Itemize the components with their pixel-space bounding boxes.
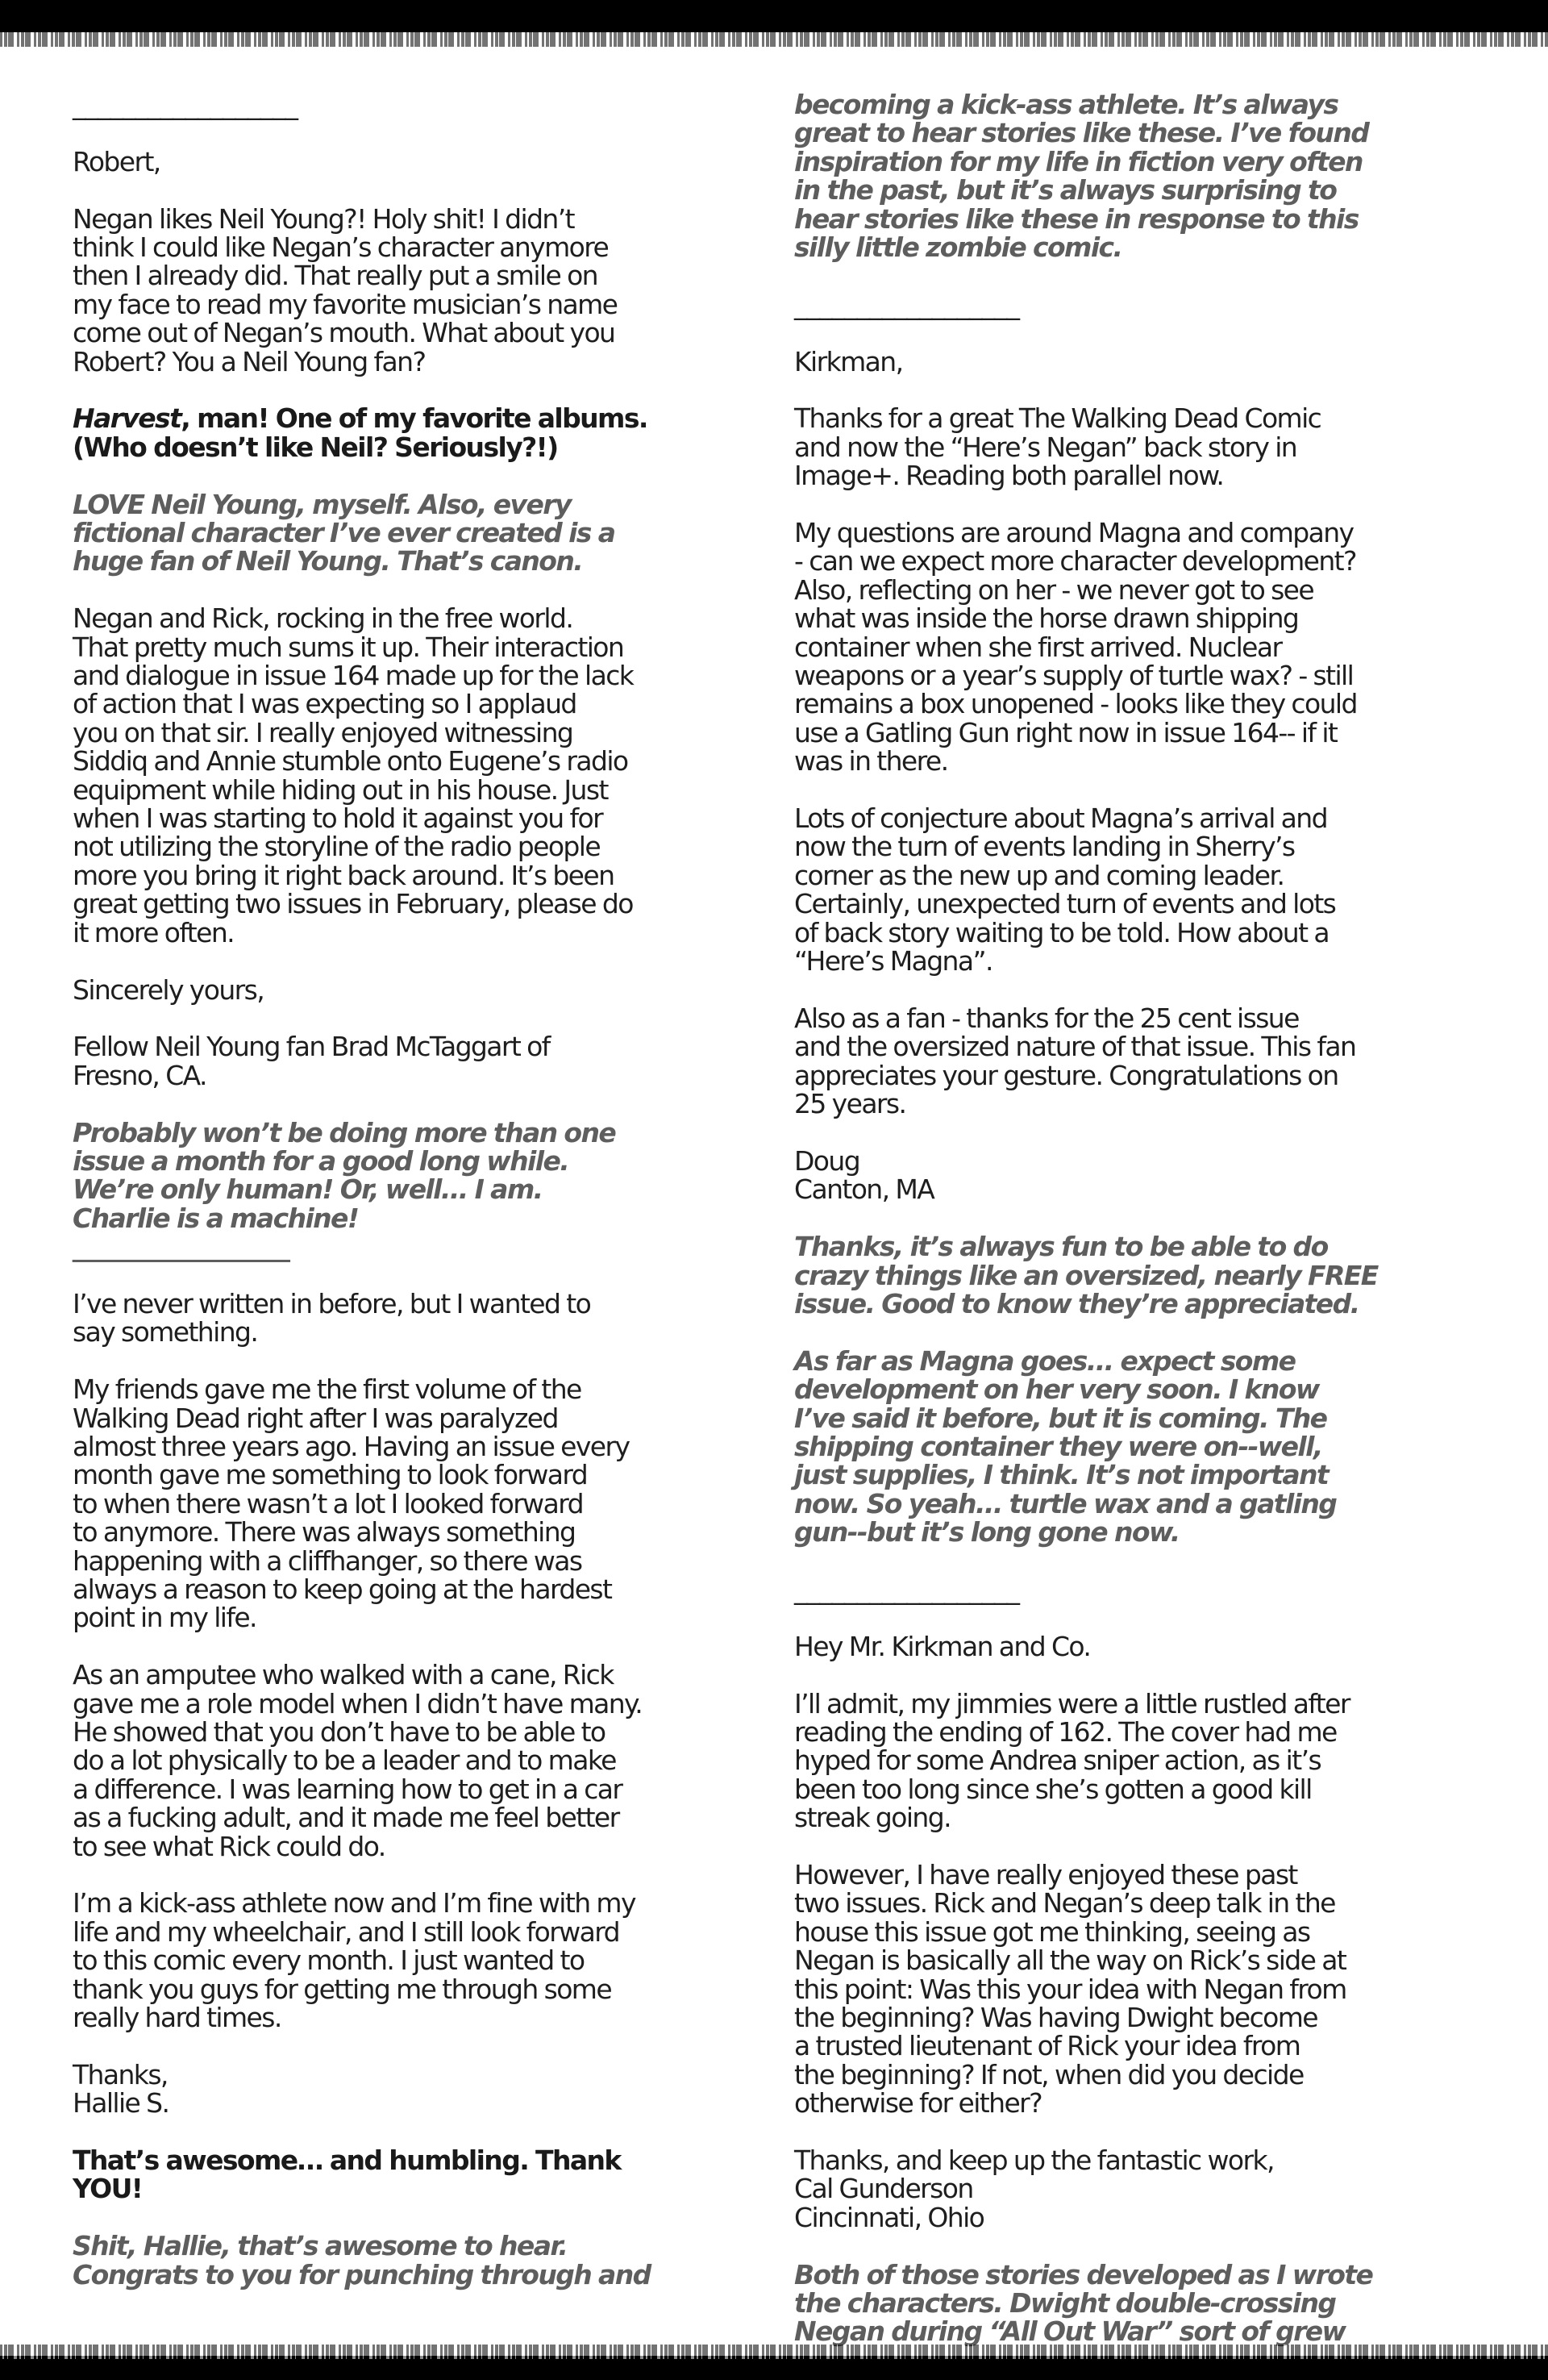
letter-signature: Thanks, Hallie S. (73, 2061, 750, 2118)
album-title: Harvest (73, 402, 181, 434)
editor-reply: Shit, Hallie, that’s awesome to hear. Co… (73, 2232, 750, 2289)
letter-signature: Thanks, and keep up the fantastic work, … (794, 2146, 1471, 2232)
letter-divider: __________________ (794, 1575, 1471, 1603)
editor-reply: Probably won’t be doing more than one is… (73, 1119, 750, 1261)
letter-paragraph: Lots of conjecture about Magna’s arrival… (794, 804, 1471, 975)
letter-closing: Sincerely yours, (73, 976, 750, 1004)
torn-bottom-border (0, 2356, 1548, 2380)
letter-divider: __________________ (794, 290, 1471, 319)
letter-paragraph: My friends gave me the first volume of t… (73, 1375, 750, 1632)
editor-reply: Thanks, it’s always fun to be able to do… (794, 1232, 1471, 1318)
letter-salutation: Hey Mr. Kirkman and Co. (794, 1632, 1471, 1661)
letter-signature: Doug Canton, MA (794, 1147, 1471, 1204)
editor-bold-reply: Harvest, man! One of my favorite albums.… (73, 404, 750, 461)
letter-salutation: Robert, (73, 148, 750, 176)
letter-paragraph: I’ve never written in before, but I want… (73, 1290, 750, 1347)
letter-paragraph: I’m a kick-ass athlete now and I’m fine … (73, 1889, 750, 2032)
editor-bold-reply: That’s awesome… and humbling. Thank YOU! (73, 2146, 750, 2203)
left-column: __________________ Robert, Negan likes N… (73, 90, 750, 2289)
letter-paragraph: Negan and Rick, rocking in the free worl… (73, 604, 750, 947)
letter-divider: __________________ (73, 90, 750, 119)
torn-top-border (0, 0, 1548, 32)
editor-reply: LOVE Neil Young, myself. Also, every fic… (73, 490, 750, 576)
editor-reply-continued: becoming a kick-ass athlete. It’s always… (794, 90, 1471, 261)
letter-paragraph: Thanks for a great The Walking Dead Comi… (794, 404, 1471, 490)
letter-paragraph: As an amputee who walked with a cane, Ri… (73, 1661, 750, 1861)
editor-reply: As far as Magna goes... expect some deve… (794, 1347, 1471, 1547)
right-column: becoming a kick-ass athlete. It’s always… (794, 90, 1471, 2346)
editor-reply: Both of those stories developed as I wro… (794, 2261, 1471, 2346)
letter-paragraph: Negan likes Neil Young?! Holy shit! I di… (73, 205, 750, 376)
letter-paragraph: I’ll admit, my jimmies were a little rus… (794, 1690, 1471, 1832)
letter-paragraph: My questions are around Magna and compan… (794, 519, 1471, 776)
letter-paragraph: However, I have really enjoyed these pas… (794, 1861, 1471, 2118)
letter-signature: Fellow Neil Young fan Brad McTaggart of … (73, 1032, 750, 1090)
letter-paragraph: Also as a fan - thanks for the 25 cent i… (794, 1004, 1471, 1119)
letter-salutation: Kirkman, (794, 348, 1471, 376)
